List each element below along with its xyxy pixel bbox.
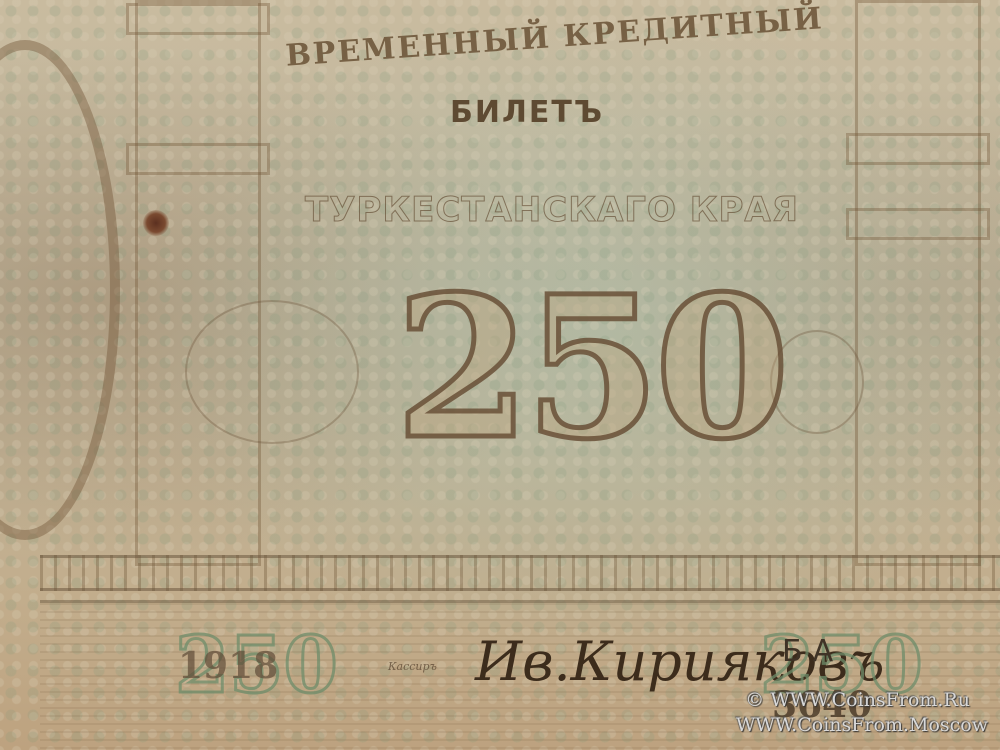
series-letters: БА <box>782 634 843 669</box>
decorative-border <box>40 555 1000 591</box>
pillar-band <box>126 143 270 175</box>
watermark-text: WWW.CoinsFrom.Moscow <box>736 714 988 736</box>
pillar-band <box>846 208 990 240</box>
right-pillar-ornament <box>855 0 981 566</box>
region-name: ТУРКЕСТАНСКАГО КРАЯ <box>305 190 799 230</box>
title-word: БИЛЕТЪ <box>450 95 604 130</box>
wreath-ornament <box>185 300 359 444</box>
floral-ornament <box>770 330 864 434</box>
watermark-text: © WWW.CoinsFrom.Ru <box>745 689 970 711</box>
denomination-numeral: 250 <box>395 270 784 465</box>
cashier-label: Кассиръ <box>388 660 437 673</box>
year: 1918 <box>178 645 278 687</box>
left-pillar-ornament <box>135 0 261 566</box>
pillar-capital <box>126 3 270 35</box>
pillar-capital <box>846 133 990 165</box>
